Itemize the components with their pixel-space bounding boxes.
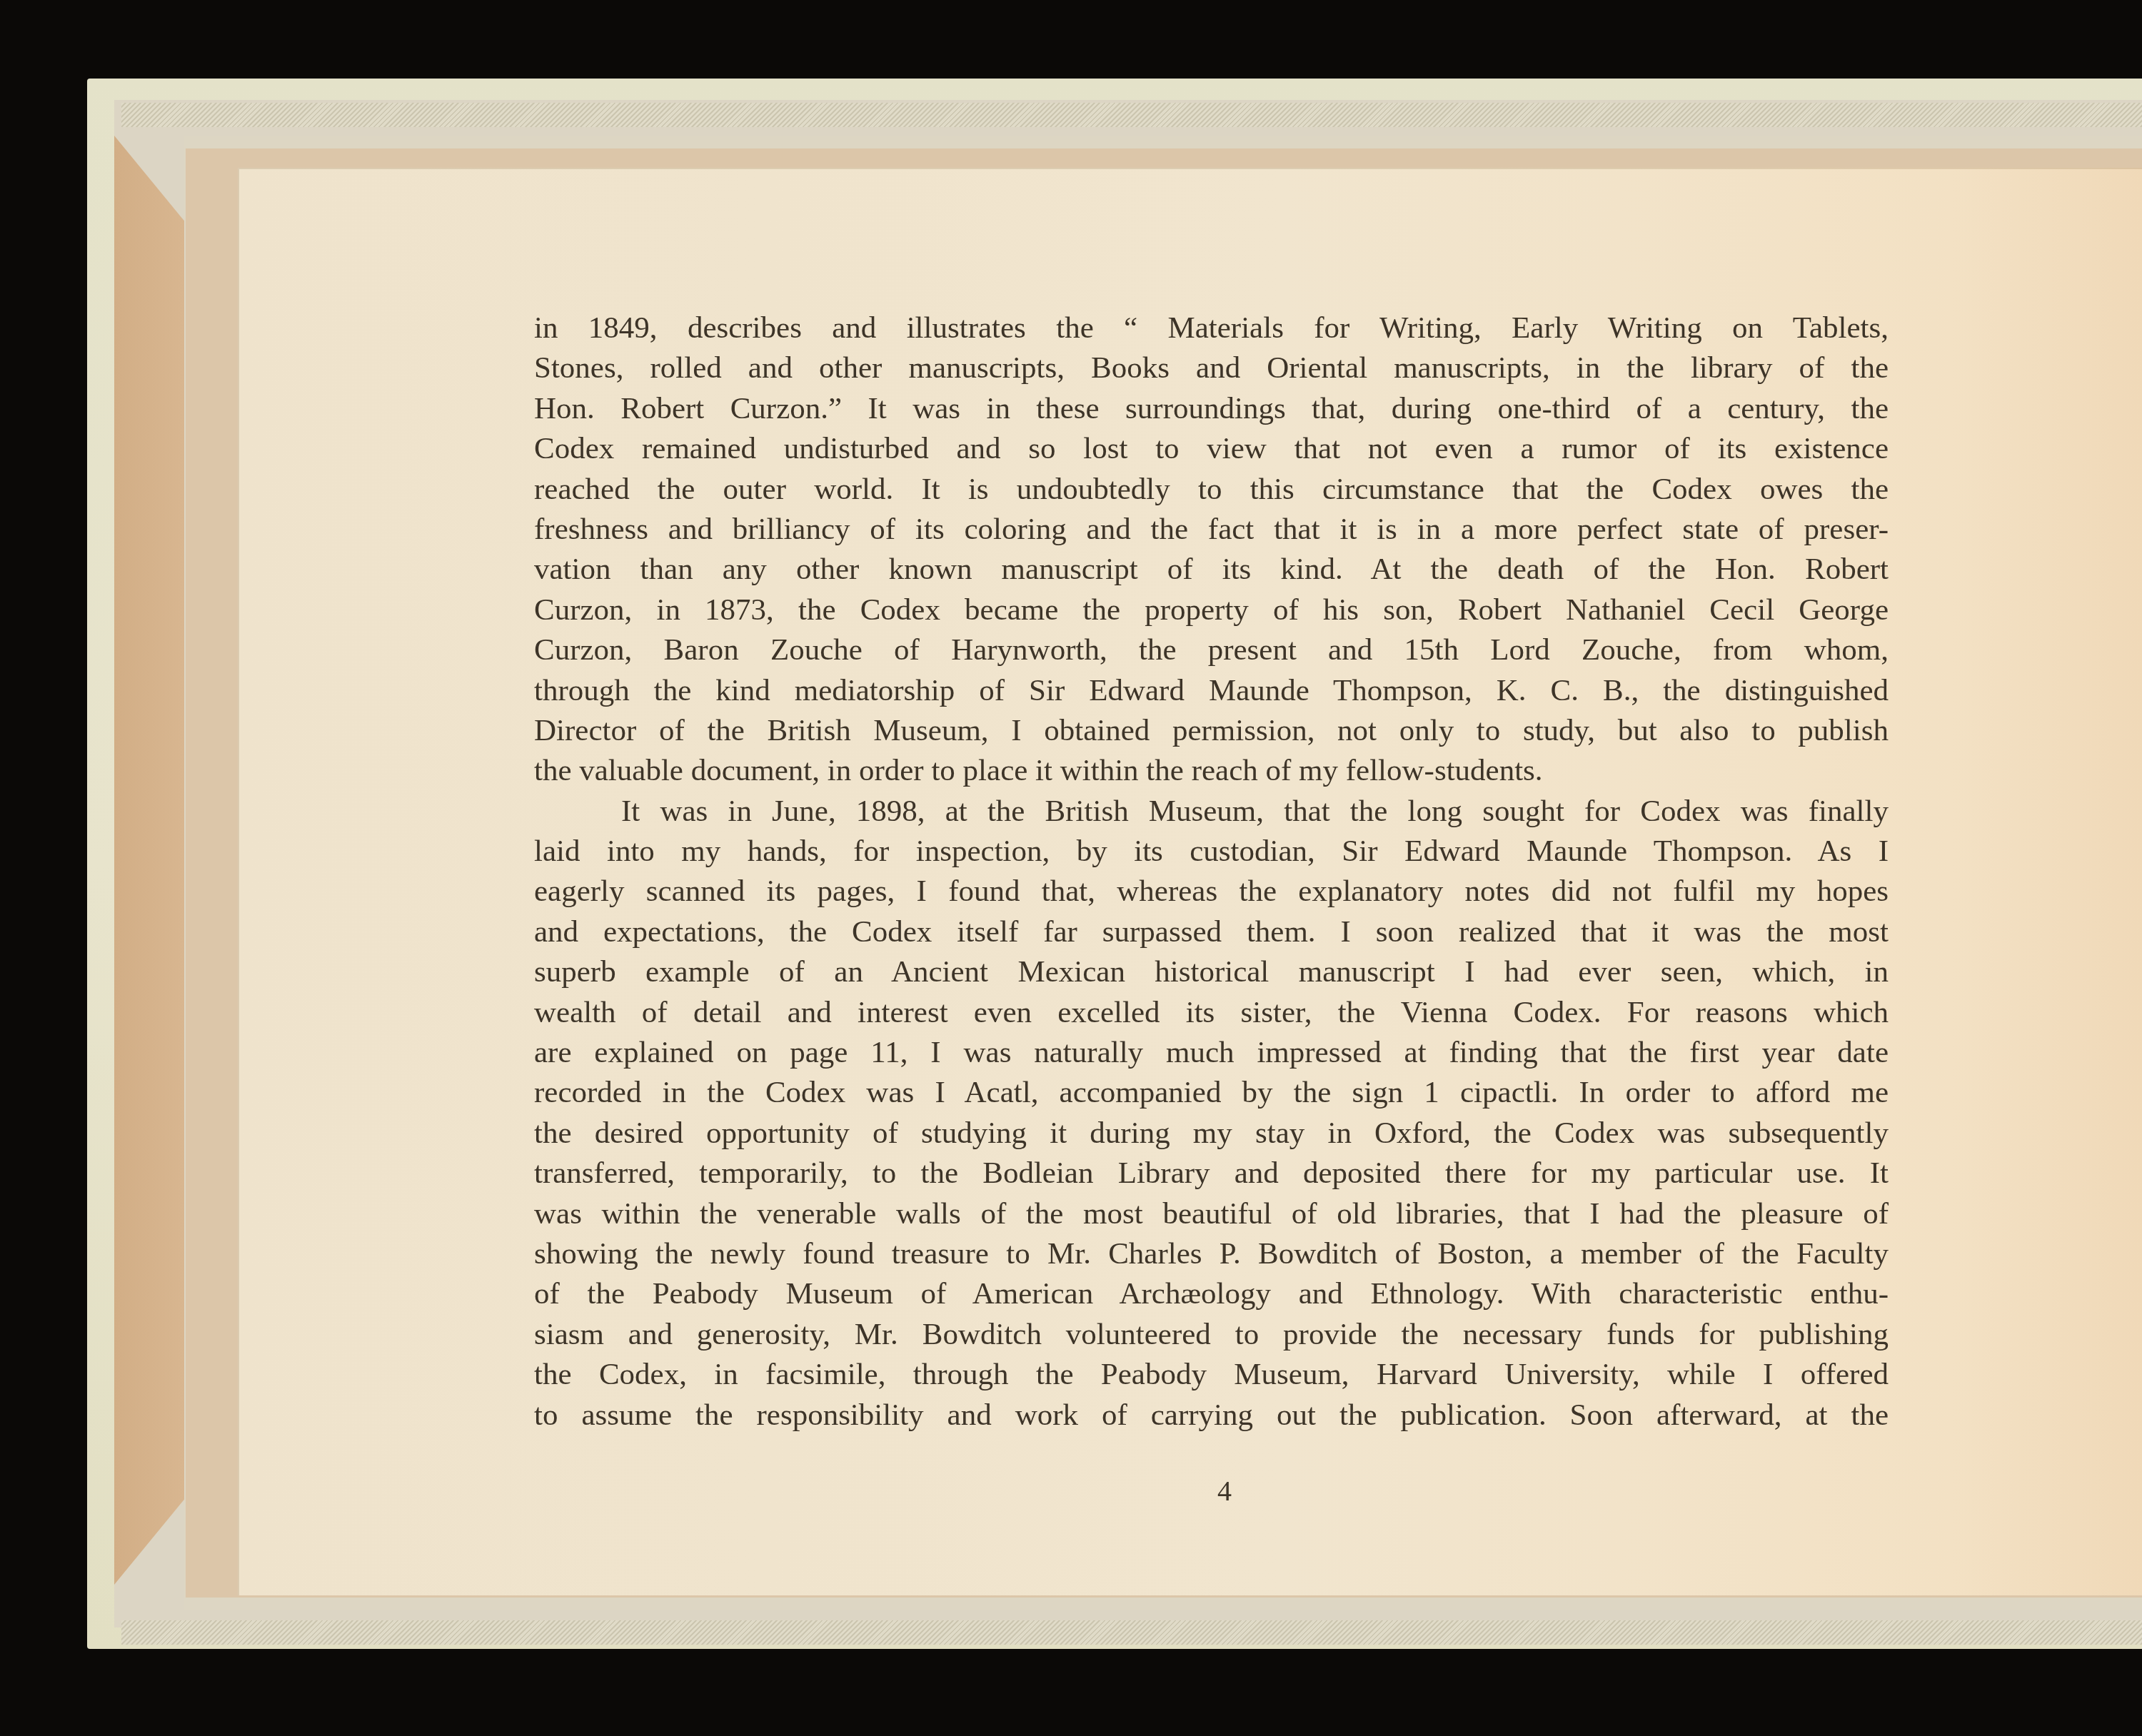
body-text: in 1849, describes and illustrates the “… [534, 308, 1889, 1435]
text-line: Curzon, in 1873, the Codex became the pr… [534, 590, 1889, 630]
text-line: of the Peabody Museum of American Archæo… [534, 1274, 1889, 1314]
text-line: eagerly scanned its pages, I found that,… [534, 872, 1889, 912]
text-line: and expectations, the Codex itself far s… [534, 912, 1889, 952]
text-line: reached the outer world. It is undoubted… [534, 470, 1889, 510]
text-line: freshness and brilliancy of its coloring… [534, 510, 1889, 550]
text-line: through the kind mediatorship of Sir Edw… [534, 671, 1889, 711]
text-line: the Codex, in facsimile, through the Pea… [534, 1355, 1889, 1395]
paragraph-2: It was in June, 1898, at the British Mus… [534, 792, 1889, 1435]
text-line: showing the newly found treasure to Mr. … [534, 1234, 1889, 1274]
text-line: recorded in the Codex was I Acatl, accom… [534, 1073, 1889, 1113]
text-line: the valuable document, in order to place… [534, 751, 1889, 791]
text-line: are explained on page 11, I was naturall… [534, 1033, 1889, 1073]
paragraph-1: in 1849, describes and illustrates the “… [534, 308, 1889, 792]
text-line: to assume the responsibility and work of… [534, 1396, 1889, 1435]
text-line: siasm and generosity, Mr. Bowditch volun… [534, 1315, 1889, 1355]
text-line: vation than any other known manuscript o… [534, 550, 1889, 590]
hatched-edge-top [121, 103, 2142, 127]
page-number: 4 [1217, 1474, 1232, 1508]
text-line: Stones, rolled and other manuscripts, Bo… [534, 348, 1889, 388]
text-line: laid into my hands, for inspection, by i… [534, 832, 1889, 872]
text-line: wealth of detail and interest even excel… [534, 993, 1889, 1033]
text-line: It was in June, 1898, at the British Mus… [534, 792, 1889, 832]
text-line: the desired opportunity of studying it d… [534, 1114, 1889, 1154]
text-line: Codex remained undisturbed and so lost t… [534, 429, 1889, 469]
text-line: was within the venerable walls of the mo… [534, 1194, 1889, 1234]
text-line: Hon. Robert Curzon.” It was in these sur… [534, 389, 1889, 429]
text-line: in 1849, describes and illustrates the “… [534, 308, 1889, 348]
text-line: transferred, temporarily, to the Bodleia… [534, 1154, 1889, 1193]
hatched-edge-bottom [121, 1620, 2142, 1645]
text-line: Curzon, Baron Zouche of Harynworth, the … [534, 630, 1889, 670]
text-line: Director of the British Museum, I obtain… [534, 711, 1889, 751]
spine-fold-strip [114, 136, 186, 1585]
text-line: superb example of an Ancient Mexican his… [534, 952, 1889, 992]
